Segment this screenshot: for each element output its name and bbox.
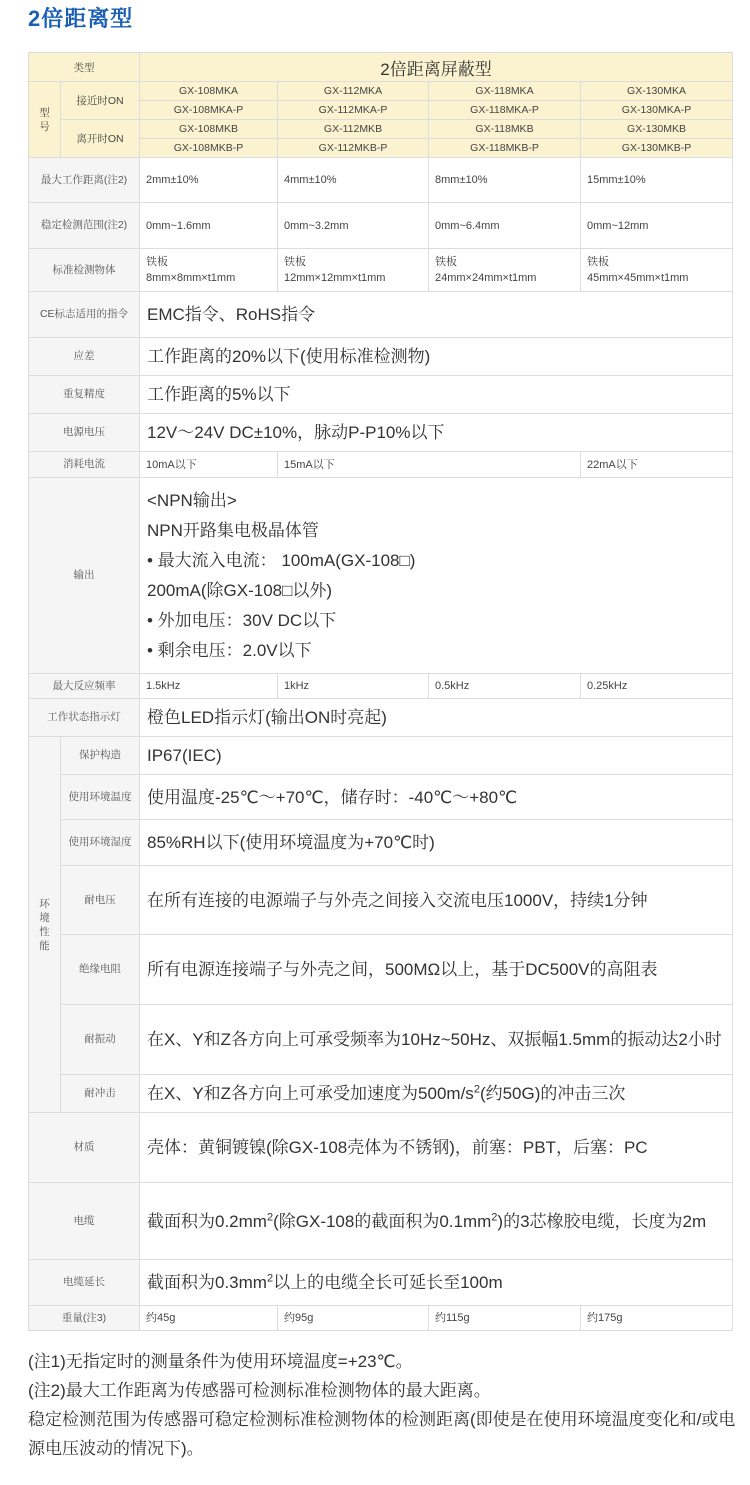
- footnote: (注2)最大工作距离为传感器可检测标准检测物体的最大距离。: [28, 1376, 738, 1405]
- value-cell: 15mm±10%: [581, 158, 733, 203]
- env-value: 使用温度-25℃～+70℃，储存时：-40℃～+80℃: [140, 775, 733, 820]
- output-label: 输出: [29, 478, 140, 674]
- ce-value: EMC指令、RoHS指令: [140, 292, 733, 338]
- repeatability-label: 重复精度: [29, 376, 140, 414]
- env-row: 绝缘电阻 所有电源连接端子与外壳之间，500MΩ以上，基于DC500V的高阻表: [29, 935, 733, 1005]
- env-label: 绝缘电阻: [61, 935, 140, 1005]
- model-cell: GX-118MKB-P: [429, 139, 581, 158]
- repeatability-row: 重复精度 工作距离的5%以下: [29, 376, 733, 414]
- env-value: 所有电源连接端子与外壳之间，500MΩ以上，基于DC500V的高阻表: [140, 935, 733, 1005]
- spec-table: 类型 2倍距离屏蔽型 型号 接近时ON GX-108MKA GX-112MKA …: [28, 52, 733, 1331]
- model-cell: GX-130MKB: [581, 120, 733, 139]
- cable-row: 电缆 截面积为0.2mm2(除GX-108的截面积为0.1mm2)的3芯橡胶电缆…: [29, 1183, 733, 1260]
- cable-ext-value: 截面积为0.3mm2以上的电缆全长可延长至100m: [140, 1260, 733, 1306]
- env-row: 耐振动 在X、Y和Z各方向上可承受频率为10Hz~50Hz、双振幅1.5mm的振…: [29, 1005, 733, 1075]
- env-row: 使用环境温度 使用温度-25℃～+70℃，储存时：-40℃～+80℃: [29, 775, 733, 820]
- model-row: 型号 接近时ON GX-108MKA GX-112MKA GX-118MKA G…: [29, 82, 733, 101]
- model-group-label: 离开时ON: [61, 120, 140, 158]
- cable-ext-row: 电缆延长 截面积为0.3mm2以上的电缆全长可延长至100m: [29, 1260, 733, 1306]
- weight-label: 重量(注3): [29, 1306, 140, 1331]
- type-row: 类型 2倍距离屏蔽型: [29, 53, 733, 82]
- model-cell: GX-112MKB: [278, 120, 429, 139]
- model-cell: GX-112MKA: [278, 82, 429, 101]
- current-row: 消耗电流 10mA以下 15mA以下 22mA以下: [29, 452, 733, 478]
- model-cell: GX-108MKA: [140, 82, 278, 101]
- output-value: <NPN输出> NPN开路集电极晶体管 • 最大流入电流： 100mA(GX-1…: [140, 478, 733, 674]
- hysteresis-row: 应差 工作距离的20%以下(使用标准检测物): [29, 338, 733, 376]
- env-row: 耐电压 在所有连接的电源端子与外壳之间接入交流电压1000V，持续1分钟: [29, 866, 733, 935]
- indicator-label: 工作状态指示灯: [29, 699, 140, 737]
- stable-range-row: 稳定检测范围(注2) 0mm~1.6mm 0mm~3.2mm 0mm~6.4mm…: [29, 203, 733, 249]
- env-value: 在所有连接的电源端子与外壳之间接入交流电压1000V，持续1分钟: [140, 866, 733, 935]
- value-cell: 0.25kHz: [581, 674, 733, 699]
- current-label: 消耗电流: [29, 452, 140, 478]
- env-value: 在X、Y和Z各方向上可承受加速度为500m/s2(约50G)的冲击三次: [140, 1075, 733, 1113]
- max-distance-row: 最大工作距离(注2) 2mm±10% 4mm±10% 8mm±10% 15mm±…: [29, 158, 733, 203]
- indicator-row: 工作状态指示灯 橙色LED指示灯(输出ON时亮起): [29, 699, 733, 737]
- page-title: 2倍距离型: [28, 2, 133, 33]
- model-cell: GX-108MKB: [140, 120, 278, 139]
- model-cell: GX-108MKB-P: [140, 139, 278, 158]
- model-cell: GX-112MKA-P: [278, 101, 429, 120]
- value-cell: 10mA以下: [140, 452, 278, 478]
- standard-object-row: 标准检测物体 铁板8mm×8mm×t1mm 铁板12mm×12mm×t1mm 铁…: [29, 249, 733, 292]
- type-value: 2倍距离屏蔽型: [140, 53, 733, 82]
- env-value: IP67(IEC): [140, 737, 733, 775]
- model-cell: GX-112MKB-P: [278, 139, 429, 158]
- response-freq-label: 最大反应频率: [29, 674, 140, 699]
- env-value: 在X、Y和Z各方向上可承受频率为10Hz~50Hz、双振幅1.5mm的振动达2小…: [140, 1005, 733, 1075]
- env-label: 耐电压: [61, 866, 140, 935]
- hysteresis-value: 工作距离的20%以下(使用标准检测物): [140, 338, 733, 376]
- ce-row: CE标志适用的指令 EMC指令、RoHS指令: [29, 292, 733, 338]
- model-cell: GX-108MKA-P: [140, 101, 278, 120]
- value-cell: 22mA以下: [581, 452, 733, 478]
- standard-object-label: 标准检测物体: [29, 249, 140, 292]
- hysteresis-label: 应差: [29, 338, 140, 376]
- model-row: 离开时ON GX-108MKB GX-112MKB GX-118MKB GX-1…: [29, 120, 733, 139]
- env-label: 使用环境温度: [61, 775, 140, 820]
- model-cell: GX-130MKA: [581, 82, 733, 101]
- value-cell: 4mm±10%: [278, 158, 429, 203]
- model-group-label: 接近时ON: [61, 82, 140, 120]
- stable-range-label: 稳定检测范围(注2): [29, 203, 140, 249]
- value-cell: 8mm±10%: [429, 158, 581, 203]
- response-freq-row: 最大反应频率 1.5kHz 1kHz 0.5kHz 0.25kHz: [29, 674, 733, 699]
- supply-voltage-label: 电源电压: [29, 414, 140, 452]
- env-label: 耐振动: [61, 1005, 140, 1075]
- output-row: 输出 <NPN输出> NPN开路集电极晶体管 • 最大流入电流： 100mA(G…: [29, 478, 733, 674]
- supply-voltage-value: 12V～24V DC±10%，脉动P-P10%以下: [140, 414, 733, 452]
- footnote: (注1)无指定时的测量条件为使用环境温度=+23℃。: [28, 1347, 738, 1376]
- env-label: 保护构造: [61, 737, 140, 775]
- env-row: 环境性能 保护构造 IP67(IEC): [29, 737, 733, 775]
- value-cell: 铁板24mm×24mm×t1mm: [429, 249, 581, 292]
- repeatability-value: 工作距离的5%以下: [140, 376, 733, 414]
- material-value: 壳体：黄铜镀镍(除GX-108壳体为不锈钢)，前塞：PBT，后塞：PC: [140, 1113, 733, 1183]
- env-label: 耐冲击: [61, 1075, 140, 1113]
- value-cell: 0mm~12mm: [581, 203, 733, 249]
- type-label: 类型: [29, 53, 140, 82]
- model-cell: GX-118MKA: [429, 82, 581, 101]
- cable-ext-label: 电缆延长: [29, 1260, 140, 1306]
- material-label: 材质: [29, 1113, 140, 1183]
- value-cell: 铁板45mm×45mm×t1mm: [581, 249, 733, 292]
- value-cell: 约115g: [429, 1306, 581, 1331]
- model-cell: GX-118MKA-P: [429, 101, 581, 120]
- cable-value: 截面积为0.2mm2(除GX-108的截面积为0.1mm2)的3芯橡胶电缆，长度…: [140, 1183, 733, 1260]
- value-cell: 0mm~1.6mm: [140, 203, 278, 249]
- value-cell: 铁板8mm×8mm×t1mm: [140, 249, 278, 292]
- value-cell: 15mA以下: [278, 452, 581, 478]
- env-label: 使用环境湿度: [61, 820, 140, 866]
- model-cell: GX-130MKA-P: [581, 101, 733, 120]
- value-cell: 约175g: [581, 1306, 733, 1331]
- value-cell: 1kHz: [278, 674, 429, 699]
- supply-voltage-row: 电源电压 12V～24V DC±10%，脉动P-P10%以下: [29, 414, 733, 452]
- value-cell: 铁板12mm×12mm×t1mm: [278, 249, 429, 292]
- model-label: 型号: [29, 82, 61, 158]
- model-cell: GX-130MKB-P: [581, 139, 733, 158]
- value-cell: 约95g: [278, 1306, 429, 1331]
- env-row: 耐冲击 在X、Y和Z各方向上可承受加速度为500m/s2(约50G)的冲击三次: [29, 1075, 733, 1113]
- footnote: 稳定检测范围为传感器可稳定检测标准检测物体的检测距离(即使是在使用环境温度变化和…: [28, 1405, 738, 1463]
- value-cell: 0mm~6.4mm: [429, 203, 581, 249]
- ce-label: CE标志适用的指令: [29, 292, 140, 338]
- material-row: 材质 壳体：黄铜镀镍(除GX-108壳体为不锈钢)，前塞：PBT，后塞：PC: [29, 1113, 733, 1183]
- value-cell: 1.5kHz: [140, 674, 278, 699]
- value-cell: 0mm~3.2mm: [278, 203, 429, 249]
- footnotes: (注1)无指定时的测量条件为使用环境温度=+23℃。 (注2)最大工作距离为传感…: [28, 1347, 738, 1463]
- environment-group-label: 环境性能: [29, 737, 61, 1113]
- indicator-value: 橙色LED指示灯(输出ON时亮起): [140, 699, 733, 737]
- weight-row: 重量(注3) 约45g 约95g 约115g 约175g: [29, 1306, 733, 1331]
- value-cell: 0.5kHz: [429, 674, 581, 699]
- max-distance-label: 最大工作距离(注2): [29, 158, 140, 203]
- value-cell: 约45g: [140, 1306, 278, 1331]
- cable-label: 电缆: [29, 1183, 140, 1260]
- env-value: 85%RH以下(使用环境温度为+70℃时): [140, 820, 733, 866]
- model-cell: GX-118MKB: [429, 120, 581, 139]
- env-row: 使用环境湿度 85%RH以下(使用环境温度为+70℃时): [29, 820, 733, 866]
- value-cell: 2mm±10%: [140, 158, 278, 203]
